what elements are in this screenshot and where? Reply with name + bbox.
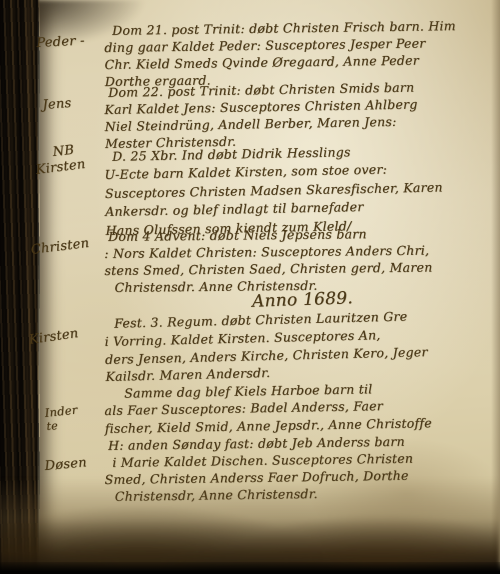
year-heading: Anno 1689. xyxy=(252,288,354,312)
margin-note-nb: NB xyxy=(52,143,75,160)
baptism-entry: Dom 4 Advent: døbt Niels Jepsens barn : … xyxy=(104,226,433,297)
margin-note-te: te xyxy=(46,419,58,433)
margin-note-kirsten: Kirsten xyxy=(35,157,86,178)
margin-note-jens: Jens xyxy=(42,96,72,113)
handwritten-line: Christensdr, Anne Christensdr. xyxy=(115,485,414,506)
margin-note-peder: Peder - xyxy=(36,33,85,51)
photo-bottom-edge xyxy=(0,562,500,574)
margin-note-christen: Christen xyxy=(30,236,90,258)
margin-note-inder: Inder xyxy=(44,403,78,420)
margin-note-kirsten-2: Kirsten xyxy=(28,326,79,348)
baptism-entry: Fest. 3. Regum. døbt Christen Lauritzen … xyxy=(104,308,428,387)
baptism-entry: Samme dag blef Kiels Harboe barn til als… xyxy=(104,380,432,438)
manuscript-photo: Peder - Jens NB Kirsten Christen Kirsten… xyxy=(0,0,500,574)
handwriting-layer: Peder - Jens NB Kirsten Christen Kirsten… xyxy=(0,0,500,574)
baptism-entry: Dom 22. post Trinit: døbt Christen Smids… xyxy=(104,80,418,153)
margin-note-dosen: Døsen xyxy=(44,455,87,474)
baptism-entry: H: anden Sønday fast: døbt Jeb Anderss b… xyxy=(104,434,414,506)
